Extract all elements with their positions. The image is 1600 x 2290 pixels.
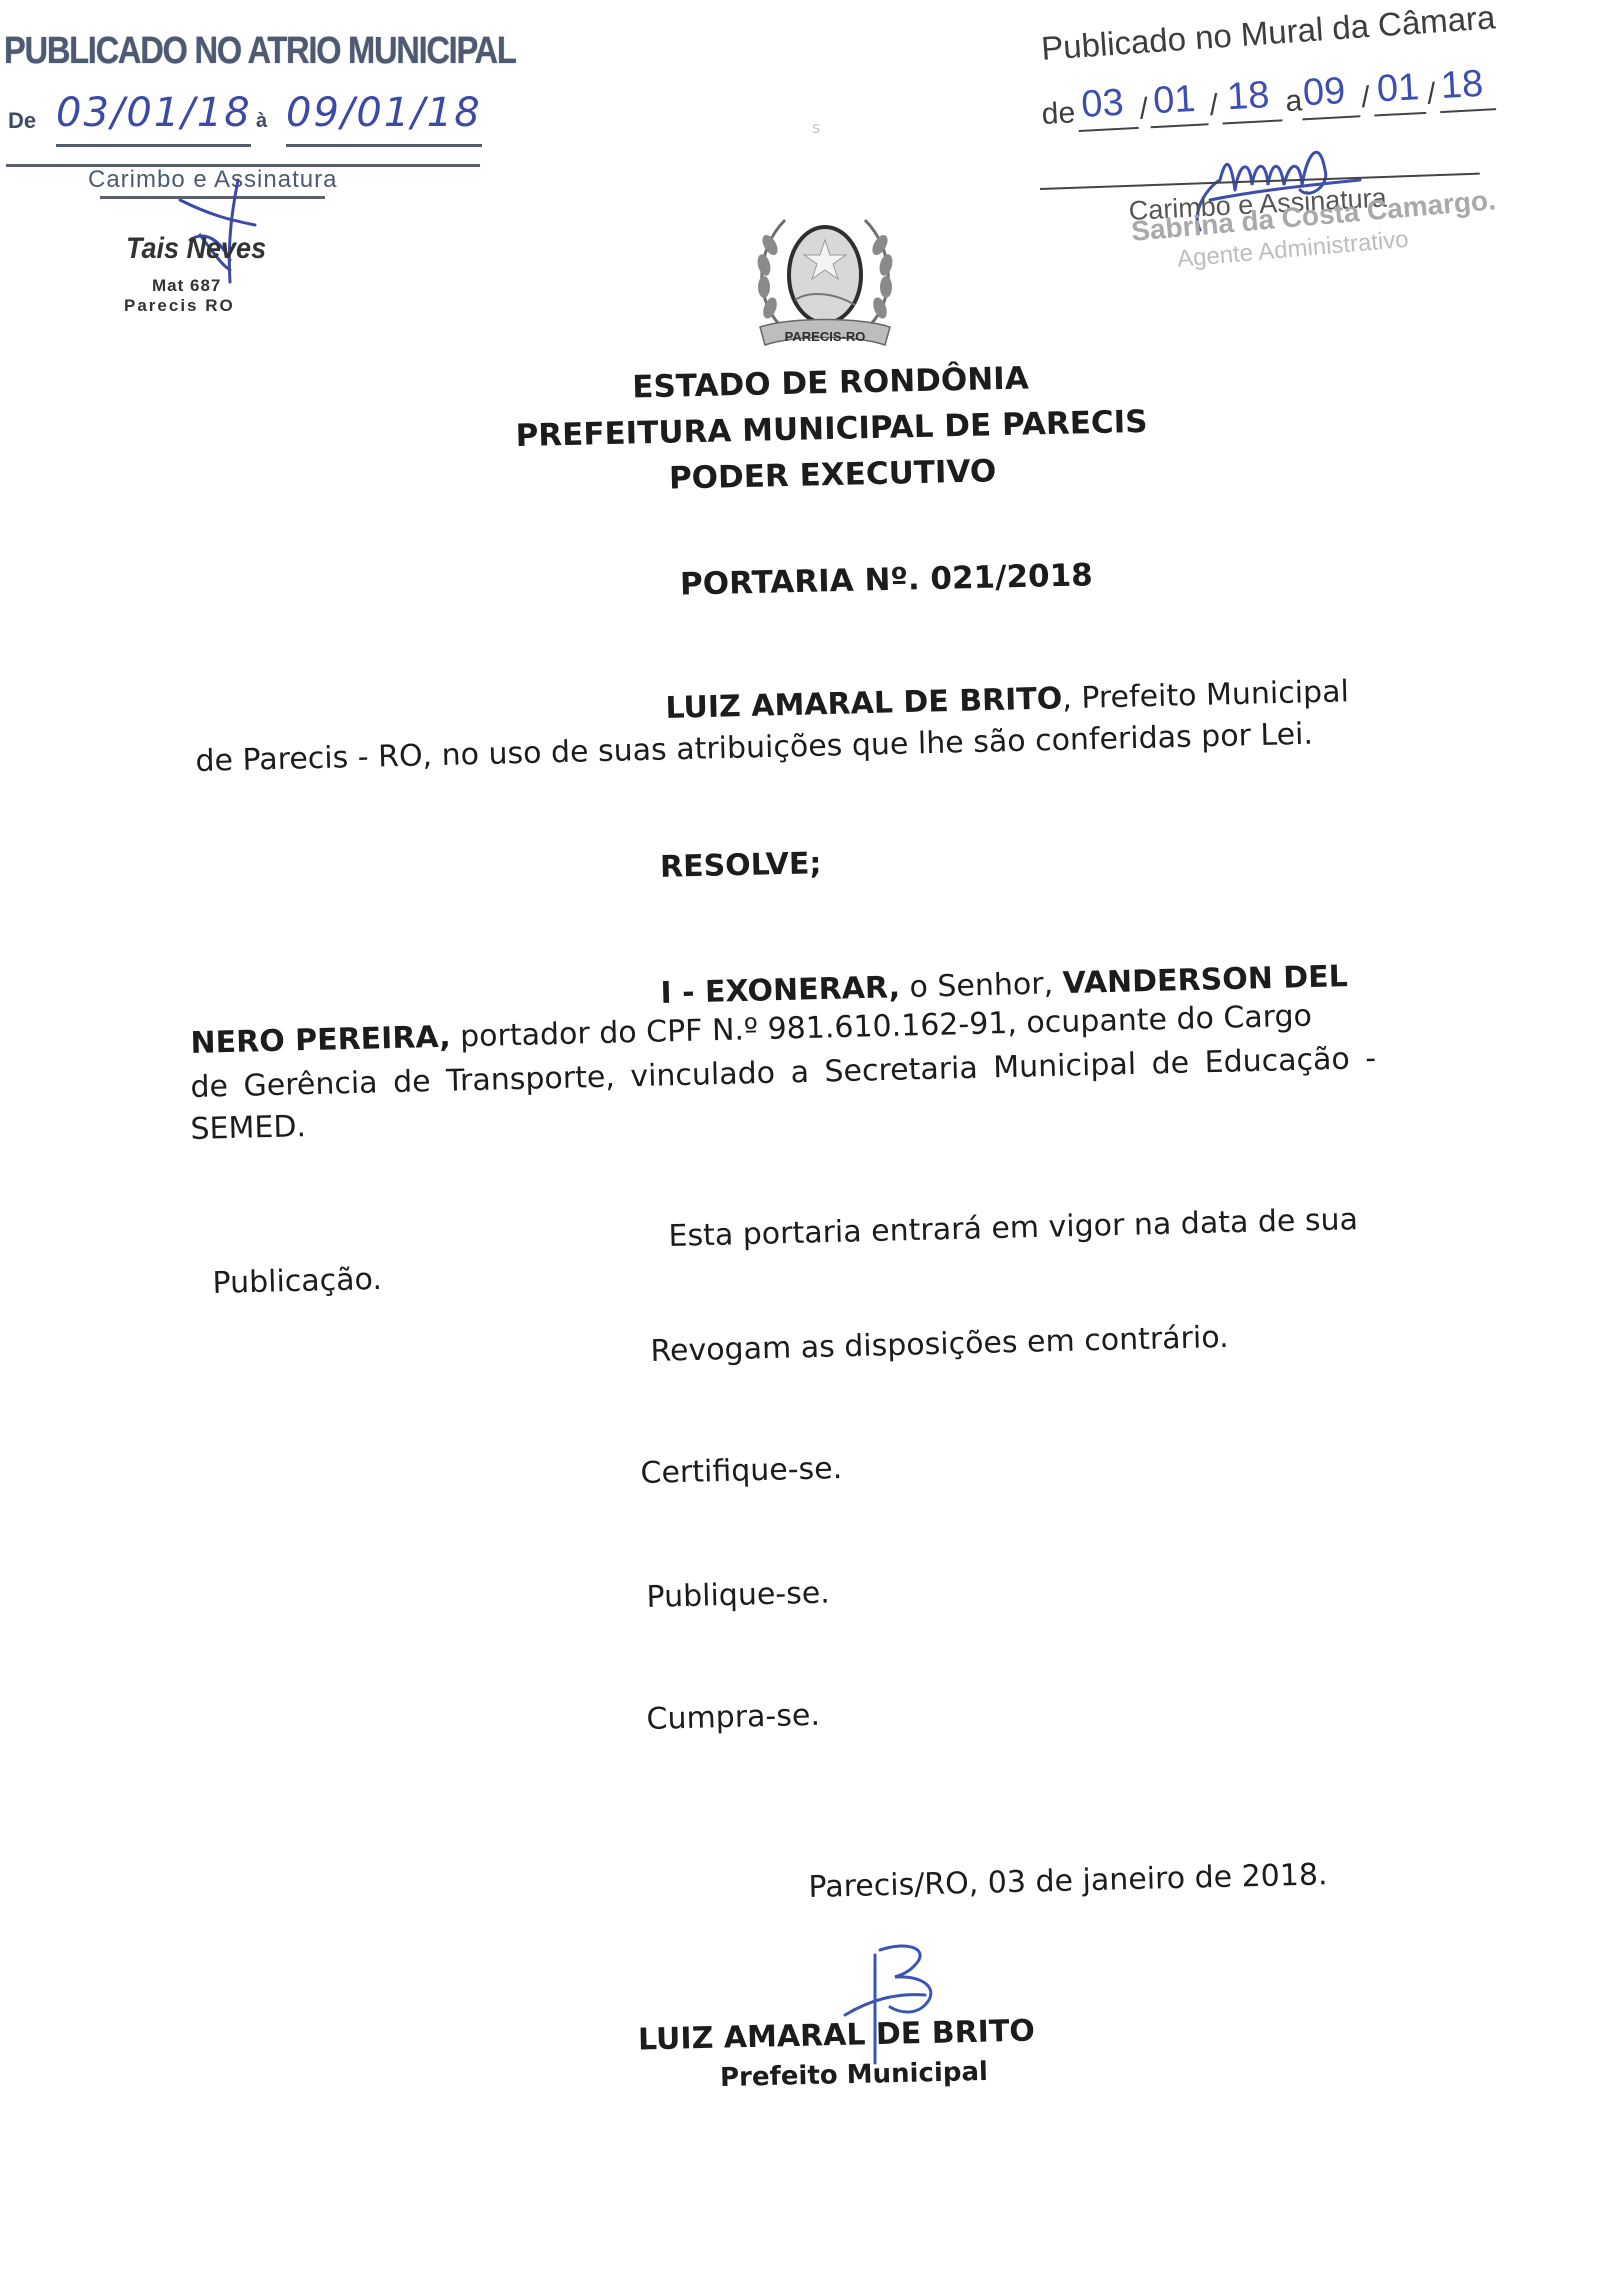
article-1-text: o Senhor, <box>900 966 1064 1005</box>
scan-artifact: s <box>812 118 820 137</box>
vigor-line-2: Publicação. <box>212 1258 382 1306</box>
stamp-title: Publicado no Mural da Câmara <box>1040 0 1496 68</box>
date-slash: / <box>1139 92 1149 126</box>
closing-publique: Publique-se. <box>646 1572 830 1620</box>
stamp-date-range: De 03/01/18 à 09/01/18 <box>8 92 488 148</box>
stamp-signer-name: Tais Neves <box>126 232 266 266</box>
divider <box>1302 115 1360 120</box>
date-separator: a <box>1285 84 1303 119</box>
divider <box>1440 108 1496 113</box>
divider <box>1151 123 1209 128</box>
stamp-date-separator: à <box>256 110 267 133</box>
closing-cumpra: Cumpra-se. <box>646 1694 820 1742</box>
closing-certifique: Certifique-se. <box>640 1447 843 1496</box>
date-to-month: 01 <box>1376 66 1420 111</box>
divider <box>56 144 251 147</box>
divider <box>1374 112 1426 117</box>
date-from-year: 18 <box>1226 74 1270 119</box>
stamp-date-from: 03/01/18 <box>56 90 252 136</box>
divider <box>1222 119 1282 124</box>
divider <box>286 144 482 147</box>
stamp-title: PUBLICADO NO ATRIO MUNICIPAL <box>4 30 516 73</box>
place-and-date: Parecis/RO, 03 de janeiro de 2018. <box>808 1853 1328 1910</box>
crest-banner-text: PARECIS-RO <box>785 329 866 344</box>
vigor-line-1: Esta portaria entrará em vigor na data d… <box>668 1198 1358 1259</box>
stamp-signer-registration: Mat 687 <box>152 276 221 296</box>
stamp-date-range: de 03 / 01 / 18 a 09 / 01 / 18 <box>1040 56 1503 140</box>
date-to-day: 09 <box>1302 70 1346 115</box>
stamp-de-label: de <box>1041 96 1076 132</box>
date-to-year: 18 <box>1440 63 1484 108</box>
handwritten-signature-icon <box>160 160 280 290</box>
revocation-clause: Revogam as disposições em contrário. <box>650 1316 1229 1374</box>
intro-text: , Prefeito Municipal <box>1062 674 1349 716</box>
stamp-mural-camara: Publicado no Mural da Câmara de 03 / 01 … <box>1030 20 1500 280</box>
stamp-signer-city: Parecis RO <box>124 296 235 316</box>
municipal-coat-of-arms-icon: PARECIS-RO <box>740 205 910 355</box>
document-header: ESTADO DE RONDÔNIA PREFEITURA MUNICIPAL … <box>30 342 1600 516</box>
article-1-line-4: SEMED. <box>190 1105 307 1152</box>
resolve-heading: RESOLVE; <box>660 846 822 885</box>
document-title: PORTARIA Nº. 021/2018 <box>680 557 1093 602</box>
stamp-atrio-municipal: PUBLICADO NO ATRIO MUNICIPAL De 03/01/18… <box>0 20 490 310</box>
stamp-date-to: 09/01/18 <box>286 90 482 136</box>
date-from-month: 01 <box>1152 78 1196 123</box>
divider <box>1079 127 1139 132</box>
date-slash: / <box>1209 89 1219 123</box>
date-slash: / <box>1426 77 1436 111</box>
stamp-de-label: De <box>8 108 36 134</box>
signer-role: Prefeito Municipal <box>720 2057 989 2093</box>
article-1-person-cont: NERO PEREIRA, <box>190 1020 451 1061</box>
date-slash: / <box>1361 81 1371 115</box>
date-from-day: 03 <box>1080 82 1124 127</box>
